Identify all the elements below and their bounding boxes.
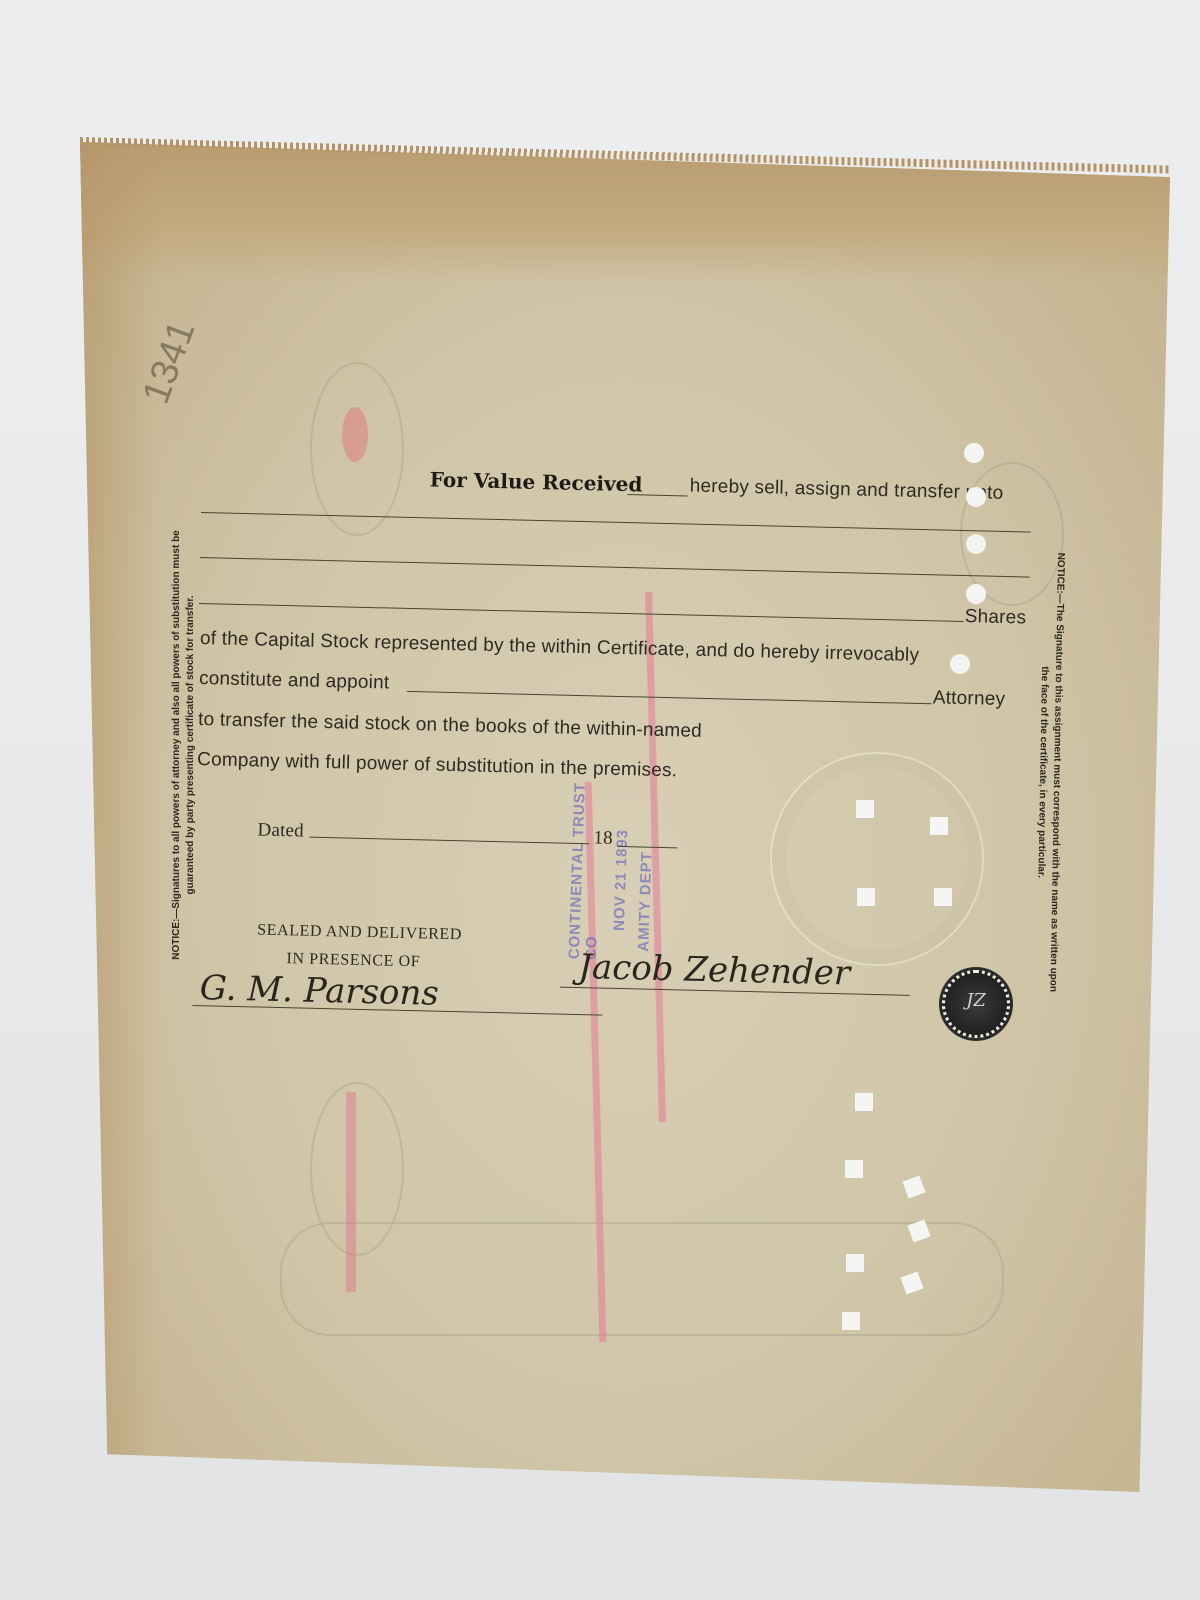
shares-line xyxy=(199,603,964,622)
punch-hole-3 xyxy=(966,534,986,554)
for-value-received: For Value Received xyxy=(430,467,643,496)
punch-square-10 xyxy=(900,1271,923,1294)
pencil-note: 1341 xyxy=(135,316,204,410)
right-notice: NOTICE:—The Signature to this assignment… xyxy=(1030,500,1068,1045)
seal-monogram: JZ xyxy=(945,973,1007,1029)
constitute-line: constitute and appoint xyxy=(199,668,390,694)
punch-square-4 xyxy=(934,888,952,906)
capital-stock-line: of the Capital Stock represented by the … xyxy=(200,628,920,667)
signature-seal: JZ xyxy=(942,970,1010,1038)
punch-square-11 xyxy=(842,1312,860,1330)
assignor-signature: Jacob Zehender xyxy=(578,947,851,993)
punch-square-7 xyxy=(902,1175,925,1198)
punch-hole-1 xyxy=(964,443,984,463)
left-notice-line1: NOTICE:—Signatures to all powers of atto… xyxy=(170,480,184,1010)
transfer-line: to transfer the said stock on the books … xyxy=(198,709,702,743)
year-prefix: 18 xyxy=(593,827,613,849)
left-notice-line2: guaranteed by party presenting certifica… xyxy=(184,480,198,1010)
punch-hole-5 xyxy=(950,654,970,674)
left-notice: NOTICE:—Signatures to all powers of atto… xyxy=(170,480,198,1010)
company-line: Company with full power of substitution … xyxy=(197,749,677,782)
sealed-delivered: SEALED AND DELIVERED xyxy=(257,921,462,944)
punch-hole-4 xyxy=(966,584,986,604)
in-presence-of: IN PRESENCE OF xyxy=(286,950,420,971)
for-value-rule xyxy=(628,494,688,497)
punch-square-2 xyxy=(930,817,948,835)
assignee-line-1 xyxy=(201,512,1031,533)
attorney-label: Attorney xyxy=(933,687,1006,711)
punch-square-1 xyxy=(856,800,874,818)
stamp-line-1: AMITY DEPT xyxy=(635,851,655,952)
punch-square-9 xyxy=(846,1254,864,1272)
dated-line xyxy=(309,837,589,845)
punch-square-5 xyxy=(855,1093,873,1111)
assignee-line-2 xyxy=(200,557,1030,578)
punch-square-8 xyxy=(907,1219,930,1242)
stamp-line-3: CONTINENTAL TRUST CO xyxy=(566,779,606,960)
attorney-line xyxy=(407,691,932,705)
punch-square-6 xyxy=(845,1160,863,1178)
punch-square-3 xyxy=(857,888,875,906)
dated-label: Dated xyxy=(257,819,304,842)
stamp-line-2: NOV 21 1893 xyxy=(611,829,632,931)
shares-label: Shares xyxy=(964,606,1026,629)
hereby-clause: hereby sell, assign and transfer unto xyxy=(689,476,1003,505)
punch-hole-2 xyxy=(966,487,986,507)
document-content: 1341 AMITY DEPT NOV 21 1893 CONTINENTAL … xyxy=(0,0,1200,1600)
